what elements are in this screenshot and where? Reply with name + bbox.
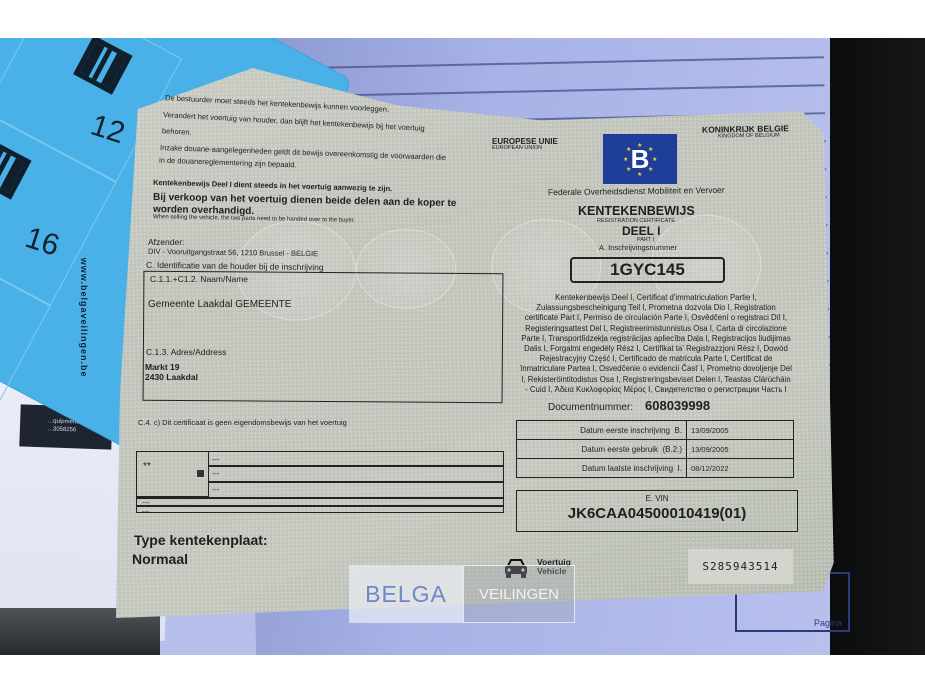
- address-label: C.1.3. Adres/Address: [146, 347, 226, 357]
- vin-box: E. VIN JK6CAA04500010419(01): [516, 490, 798, 532]
- holder-name: Gemeente Laakdal GEMEENTE: [148, 299, 291, 310]
- vin-value: JK6CAA04500010419(01): [517, 505, 797, 522]
- holder-box: [143, 271, 504, 404]
- document-number-label: Documentnummer:: [548, 402, 633, 413]
- instruction-2b: behoren.: [162, 126, 192, 137]
- plate-type-label: Type kentekenplaat:: [134, 532, 268, 548]
- watermark-veilingen: VEILINGEN: [463, 565, 575, 623]
- table-row: Datum eerste gebruik (B.2.) 13/09/2005: [517, 440, 794, 459]
- c4-note: C.4. c) Dit certificaat is geen eigendom…: [138, 418, 347, 427]
- sender-label: Afzender:: [148, 237, 184, 247]
- document-number: 608039998: [645, 398, 710, 413]
- table-row: Datum laatste inschrijving I. 08/12/2022: [517, 459, 794, 478]
- registration-number: 1GYC145: [570, 257, 725, 283]
- stars: **: [143, 461, 151, 472]
- qr-code-icon: [73, 38, 133, 95]
- serial-number: S285943514: [688, 549, 793, 584]
- dark-background: [830, 38, 925, 655]
- vin-label: E. VIN: [517, 494, 797, 503]
- dates-table: Datum eerste inschrijving B. 13/09/2005 …: [516, 420, 794, 478]
- watermark-belga: BELGA: [349, 565, 463, 623]
- address-line-1: Markt 19: [145, 362, 180, 372]
- eu-flag-icon: B ★★ ★★ ★★ ★★: [603, 134, 677, 184]
- eu-label-en: EUROPEAN UNION: [492, 145, 542, 151]
- name-label: C.1.1.+C1.2. Naam/Name: [150, 274, 248, 284]
- part-label: DEEL I: [622, 224, 660, 238]
- multilanguage-text: Kentekenbewijs Deel I, Certificat d'imma…: [520, 293, 792, 395]
- square-icon: [197, 470, 204, 477]
- table-row: Datum eerste inschrijving B. 13/09/2005: [517, 421, 794, 440]
- qr-code-icon: [0, 140, 32, 200]
- kingdom-label-en: KINGDOM OF BELGIUM: [718, 132, 780, 139]
- address-line-2: 2430 Laakdal: [145, 372, 198, 382]
- reg-number-label: A. Inschrijvingsnummer: [599, 243, 677, 252]
- watermark: BELGA VEILINGEN: [349, 565, 575, 623]
- certificate-title: KENTEKENBEWIJS: [578, 204, 695, 218]
- plate-type-value: Normaal: [132, 551, 188, 567]
